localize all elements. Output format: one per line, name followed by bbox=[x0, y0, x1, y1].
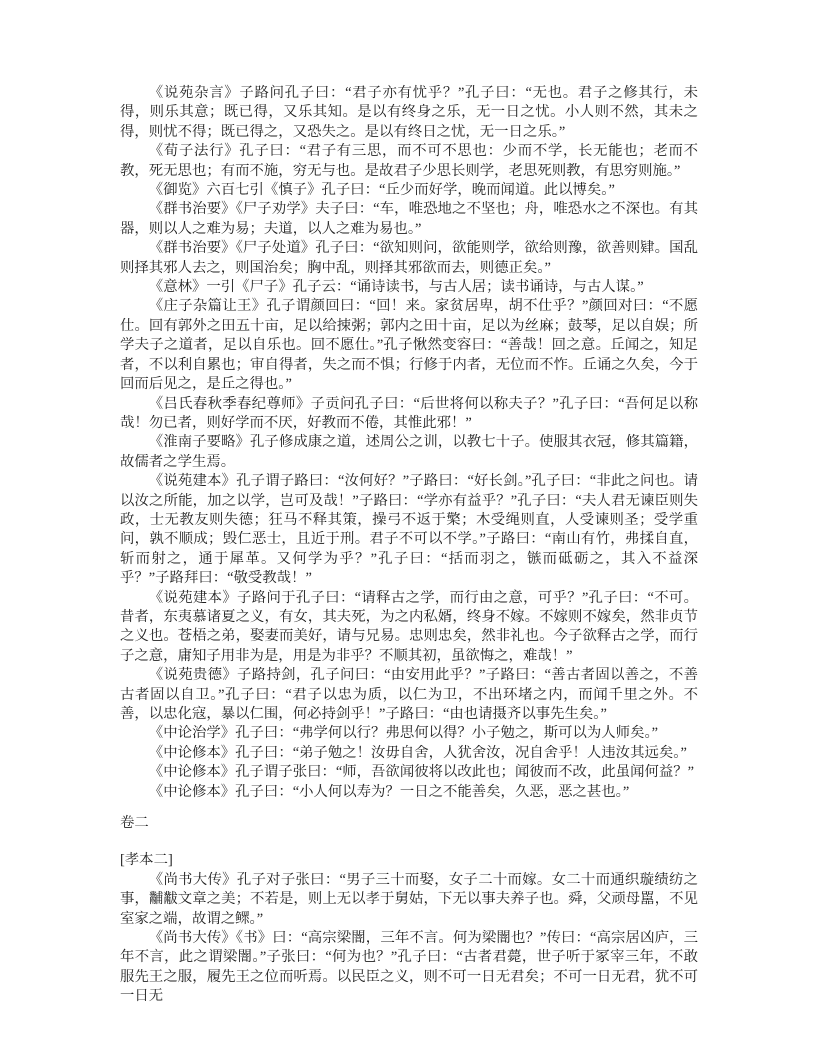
document-content: 《说苑杂言》子路问孔子曰：“君子亦有忧乎？”孔子曰：“无也。君子之修其行，未得，… bbox=[120, 84, 698, 1007]
paragraph: 《群书治要》《尸子处道》孔子曰：“欲知则问，欲能则学，欲给则豫，欲善则肄。国乱则… bbox=[120, 239, 698, 278]
document-page: 《说苑杂言》子路问孔子曰：“君子亦有忧乎？”孔子曰：“无也。君子之修其行，未得，… bbox=[0, 0, 816, 1056]
paragraph: 《群书治要》《尸子劝学》夫子曰：“车，唯恐地之不坚也；舟，唯恐水之不深也。有其器… bbox=[120, 200, 698, 239]
paragraph: 《庄子杂篇让王》孔子谓颜回曰：“回！来。家贫居卑，胡不仕乎？”颜回对曰：“不愿仕… bbox=[120, 297, 698, 394]
volume-heading: 卷二 bbox=[120, 814, 698, 833]
paragraph: 《淮南子要略》孔子修成康之道，述周公之训，以教七十子。使服其衣冠，修其篇籍，故儒… bbox=[120, 433, 698, 472]
paragraph: 《尚书大传》《书》曰：“高宗梁闇，三年不言。何为梁闇也？”传曰：“高宗居凶庐，三… bbox=[120, 929, 698, 1007]
paragraph: 《意林》一引《尸子》孔子云：“诵诗读书，与古人居；读书诵诗，与古人谋。” bbox=[120, 278, 698, 297]
paragraph: 《中论治学》孔子曰：“弗学何以行？弗思何以得？小子勉之，斯可以为人师矣。” bbox=[120, 724, 698, 743]
paragraph: 《中论修本》孔子曰：“小人何以寿为？一日之不能善矣，久恶，恶之甚也。” bbox=[120, 783, 698, 802]
paragraph: 《尚书大传》孔子对子张曰：“男子三十而娶，女子二十而嫁。女二十而通织璇绩纺之事，… bbox=[120, 871, 698, 929]
paragraph: 《说苑贵德》子路持剑，孔子问曰：“由安用此乎？”子路曰：“善古者固以善之，不善古… bbox=[120, 666, 698, 724]
paragraph: 《中论修本》孔子谓子张曰：“师，吾欲闻彼将以改此也；闻彼而不改，此虽闻何益？” bbox=[120, 763, 698, 782]
paragraph: 《说苑杂言》子路问孔子曰：“君子亦有忧乎？”孔子曰：“无也。君子之修其行，未得，… bbox=[120, 84, 698, 142]
section-heading: [孝本二] bbox=[120, 851, 698, 870]
paragraph: 《荀子法行》孔子曰：“君子有三思，而不可不思也：少而不学，长无能也；老而不教，死… bbox=[120, 142, 698, 181]
paragraph: 《御览》六百七引《慎子》孔子曰：“丘少而好学，晚而闻道。此以博矣。” bbox=[120, 181, 698, 200]
paragraph: 《中论修本》孔子曰：“弟子勉之！汝毋自舍，人犹舍汝，况自舍乎！人违汝其远矣。” bbox=[120, 744, 698, 763]
paragraph: 《说苑建本》子路问于孔子曰：“请释古之学，而行由之意，可乎？”孔子曰：“不可。昔… bbox=[120, 589, 698, 667]
paragraph: 《说苑建本》孔子谓子路曰：“汝何好？”子路曰：“好长剑。”孔子曰：“非此之问也。… bbox=[120, 472, 698, 588]
paragraph: 《吕氏春秋季春纪尊师》子贡问孔子曰：“后世将何以称夫子？”孔子曰：“吾何足以称哉… bbox=[120, 395, 698, 434]
